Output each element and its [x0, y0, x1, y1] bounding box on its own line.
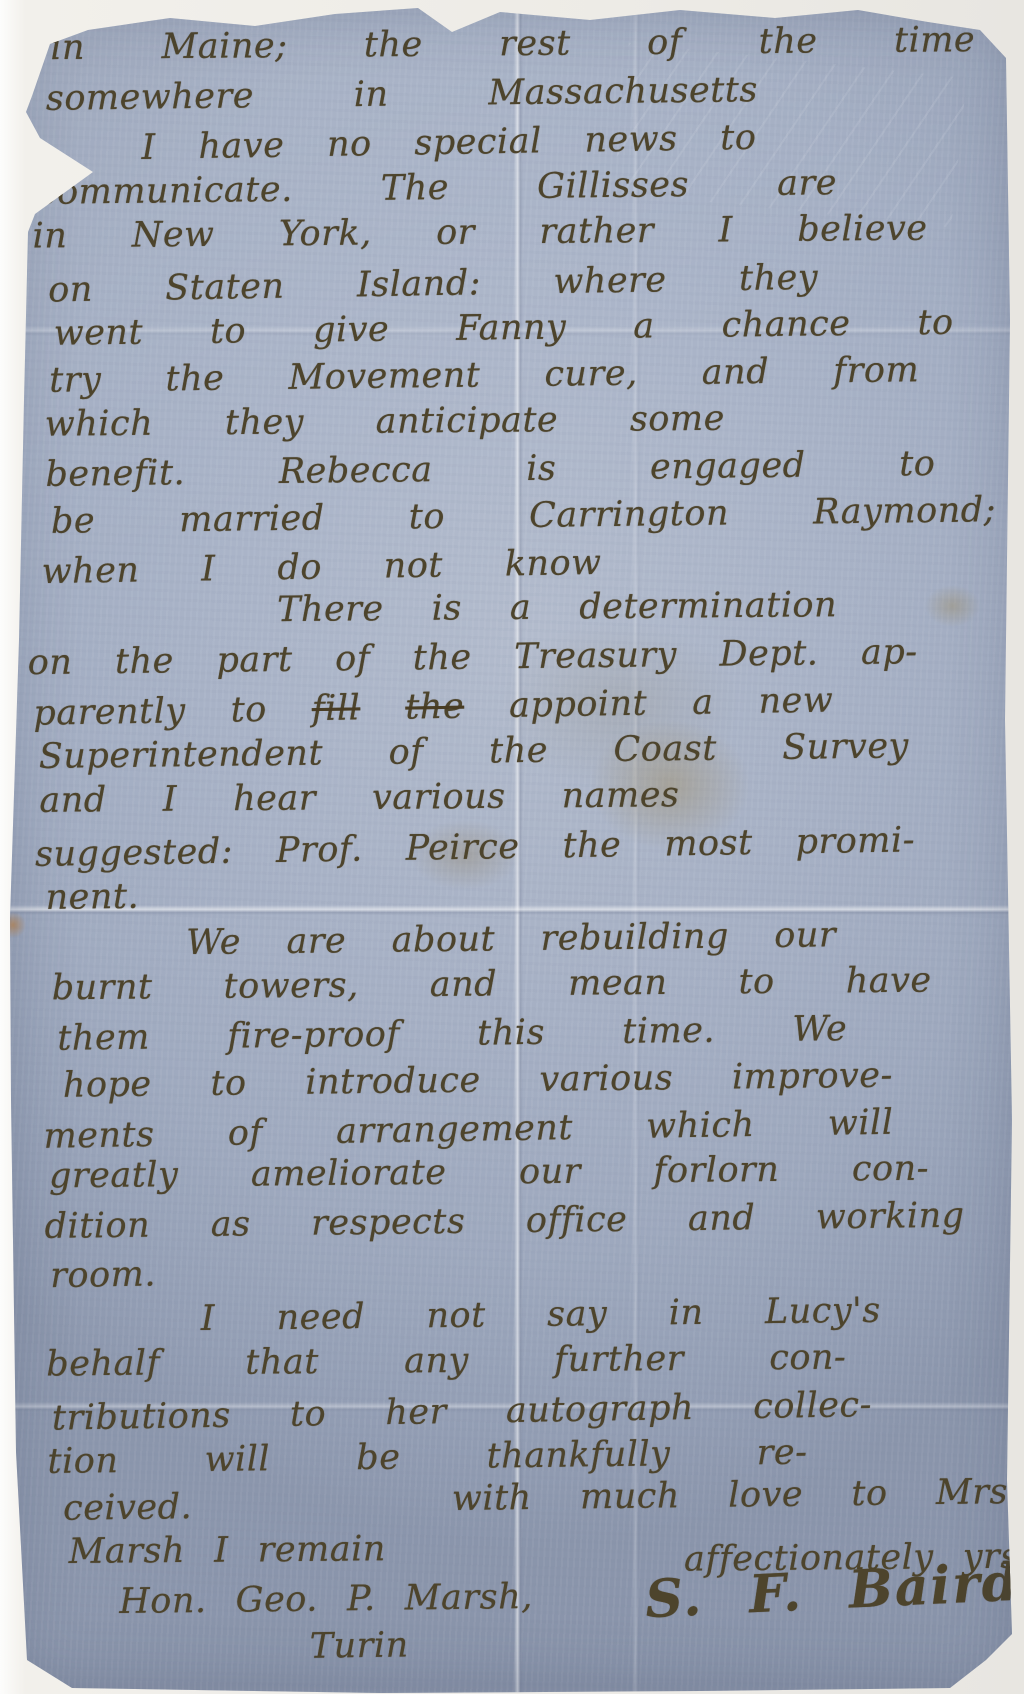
word: improve- [732, 1055, 893, 1097]
handwriting-line: whenIdonotknow [41, 539, 602, 595]
word: our [519, 1151, 581, 1192]
word: and [430, 964, 498, 1005]
handwriting-line: tionwillbethankfullyre- [47, 1429, 808, 1485]
fold-crease-horizontal-top [0, 326, 1024, 336]
word: Gillisses [537, 164, 689, 206]
word: forlorn [653, 1149, 779, 1190]
word: have [846, 960, 932, 1001]
handwriting-line: suggested:Prof.Peircethemostpromi- [35, 816, 916, 878]
handwriting-line: room. [50, 1250, 181, 1299]
word: rather [539, 211, 654, 252]
word: Staten [165, 266, 285, 308]
handwriting-line: onthepartoftheTreasuryDept.ap- [27, 628, 918, 686]
word: dition [44, 1205, 150, 1246]
word: the [562, 825, 621, 866]
word: Massachusetts [488, 70, 758, 113]
word: not [383, 545, 443, 586]
word: chance [721, 304, 850, 346]
handwriting-line: hopetointroducevariousimprove- [63, 1052, 894, 1109]
word: hear [233, 778, 316, 819]
word: to [230, 689, 267, 730]
word: We [186, 922, 241, 963]
word: Dept. [719, 633, 818, 674]
word: Treasury [514, 635, 677, 677]
word: any [404, 1340, 469, 1381]
word: try [49, 360, 102, 401]
word: burnt [52, 967, 153, 1008]
handwriting-line: tributionstoherautographcollec- [52, 1381, 873, 1442]
word: time [894, 20, 976, 61]
handwriting-line: IneednotsayinLucy's [200, 1287, 881, 1342]
text-segment: with much love to Mrs [452, 1472, 1009, 1519]
word: to [720, 117, 757, 158]
word: which [646, 1105, 755, 1147]
word: will [204, 1439, 270, 1480]
text-segment: room. [50, 1254, 156, 1296]
struck-word: the [405, 686, 464, 727]
word: on [48, 269, 93, 310]
text-segment: affectionately yrs [684, 1536, 1019, 1579]
word: benefit. [45, 453, 185, 495]
word: Survey [782, 726, 909, 768]
word: a [510, 587, 532, 627]
word: introduce [305, 1060, 481, 1102]
word: appoint [509, 683, 648, 725]
word: about [391, 919, 495, 960]
word: married [179, 498, 325, 540]
word: as [210, 1204, 250, 1244]
word: Prof. [276, 829, 363, 870]
word: Coast [613, 728, 717, 769]
word: rest [499, 23, 571, 64]
word: are [286, 921, 346, 962]
word: to [290, 1394, 327, 1435]
word: New [132, 214, 215, 255]
word: Peirce [405, 826, 520, 868]
signature: S. F. Baird [644, 1552, 1021, 1631]
handwriting-line: themfire-proofthistime.We [57, 1005, 848, 1062]
word: con- [769, 1337, 846, 1378]
word: is [526, 448, 557, 488]
word: when [41, 550, 139, 592]
word: ments [43, 1114, 155, 1156]
word: of [388, 732, 424, 772]
word: respects [311, 1201, 466, 1243]
paper-sheet: inMaine;therestofthetimesomewhereinMassa… [0, 0, 1024, 1694]
word: in [354, 74, 389, 114]
word: be [356, 1437, 401, 1478]
word: collec- [753, 1385, 872, 1427]
handwriting-line: communicate.TheGillissesare [37, 159, 838, 216]
word: fire-proof [227, 1014, 400, 1056]
word: the [758, 21, 817, 62]
word: ap- [861, 632, 918, 673]
word: various [372, 776, 506, 817]
word: a [633, 306, 655, 346]
word: hope [63, 1064, 152, 1105]
handwriting-line: inMaine;therestofthetime [50, 16, 975, 71]
word: on [27, 642, 72, 683]
word: and [702, 352, 770, 393]
word: engaged [650, 445, 806, 487]
word: tributions [52, 1395, 231, 1438]
word: in [32, 216, 67, 256]
word: to [210, 311, 247, 351]
word: believe [797, 208, 928, 249]
word: anticipate [375, 400, 558, 442]
handwriting-line: greatlyameliorateourforlorncon- [49, 1145, 929, 1200]
word: to [409, 496, 446, 536]
word: determination [579, 585, 837, 627]
word: greatly [49, 1155, 179, 1196]
word: mean [568, 962, 668, 1003]
word: Maine; [161, 26, 287, 67]
handwriting-line: inNewYork,orratherIbelieve [32, 205, 927, 260]
word: I [163, 779, 178, 819]
fold-crease-vertical-faint [632, 0, 641, 1694]
word: con- [852, 1148, 929, 1189]
word: to [899, 443, 936, 483]
word: this [477, 1012, 545, 1053]
fold-crease-horizontal-middle [0, 905, 1024, 915]
handwriting-line: trytheMovementcure,andfrom [49, 346, 920, 404]
word: York, [279, 213, 372, 254]
word: be [51, 501, 96, 542]
word: Movement [288, 355, 480, 397]
word: names [561, 775, 679, 816]
word: some [630, 398, 725, 439]
word: need [276, 1297, 365, 1338]
word: towers, [223, 965, 358, 1006]
word: are [777, 163, 837, 204]
word: them [57, 1017, 150, 1058]
word: the [165, 358, 224, 399]
word: autograph [506, 1387, 695, 1430]
word: and [39, 780, 107, 821]
text-segment: ceived. [63, 1487, 193, 1529]
word: know [504, 542, 601, 584]
word: behalf [46, 1343, 160, 1384]
paper-stain [0, 912, 26, 938]
word: Carrington [529, 493, 729, 535]
handwriting-line: ditionasrespectsofficeandworking [44, 1192, 965, 1250]
word: they [739, 257, 819, 298]
word: where [553, 260, 667, 302]
word: the [489, 730, 548, 771]
handwriting-line: SuperintendentoftheCoastSurvey [39, 722, 910, 780]
word: rebuilding [540, 916, 729, 958]
word: have [198, 125, 285, 166]
fold-crease-vertical [514, 0, 523, 1694]
handwriting-line: benefit.Rebeccaisengagedto [45, 440, 936, 498]
word: a [692, 682, 714, 722]
word: will [828, 1102, 894, 1143]
word: Island: [357, 263, 482, 305]
word: not [426, 1295, 486, 1336]
word: of [647, 22, 682, 62]
word: special [414, 121, 542, 163]
word: or [436, 212, 475, 252]
handwriting-line: onStatenIsland:wherethey [48, 254, 819, 314]
handwriting-line: mentsofarrangementwhichwill [43, 1099, 894, 1160]
word: Raymond; [813, 490, 996, 532]
handwriting-line: behalfthatanyfurthercon- [46, 1334, 846, 1388]
paper-wrinkles [613, 43, 967, 228]
handwriting-line: Weareaboutrebuildingour [186, 911, 837, 966]
text-segment: Marsh I remain [68, 1529, 386, 1572]
word: promi- [795, 820, 915, 862]
word: that [245, 1342, 319, 1383]
word: to [738, 961, 774, 1001]
word: part [216, 639, 293, 680]
word: I [201, 549, 216, 589]
handwriting-line: Marsh I remainaffectionately yrs [68, 1520, 1018, 1575]
word: Superintendent [39, 733, 324, 776]
handwriting-line: Hon. Geo. P. Marsh,S. F. Baird [119, 1567, 1024, 1625]
word: her [385, 1392, 447, 1433]
paper-stain [925, 585, 980, 627]
word: tion [47, 1441, 118, 1482]
word: thankfully [486, 1434, 670, 1476]
handwriting-line: Turin [309, 1620, 510, 1669]
word: they [225, 402, 304, 443]
handwriting-line: wenttogiveFannyachanceto [53, 299, 954, 357]
word: news [584, 119, 678, 161]
word: The [381, 167, 450, 208]
struck-word: fill [311, 688, 360, 729]
handwriting-line: whichtheyanticipatesome [45, 395, 725, 448]
word: suggested: [35, 831, 234, 874]
handwriting-line: Thereisadetermination [277, 581, 837, 633]
handwriting-line: Ihavenospecialnewsto [141, 114, 757, 171]
word: is [432, 588, 463, 628]
handwriting-line: bemarriedtoCarringtonRaymond; [51, 486, 997, 545]
word: from [833, 350, 919, 391]
word: new [758, 680, 833, 721]
word: parently [33, 691, 186, 734]
word: the [413, 637, 472, 678]
word: and [688, 1198, 756, 1239]
word: working [816, 1195, 965, 1237]
word: no [327, 124, 372, 165]
word: I [201, 1298, 216, 1338]
word: most [664, 823, 753, 864]
word: which [45, 403, 154, 444]
word: cure, [544, 353, 638, 394]
word: time. [622, 1010, 715, 1051]
scanned-letter: inMaine;therestofthetimesomewhereinMassa… [0, 0, 1024, 1694]
word: of [227, 1113, 263, 1154]
word: our [774, 915, 836, 956]
word: in [50, 27, 85, 67]
word: re- [756, 1432, 807, 1473]
word: I [141, 127, 156, 167]
text-segment: Hon. Geo. P. Marsh, [119, 1576, 533, 1621]
word: in [668, 1292, 703, 1332]
word: We [792, 1009, 847, 1050]
word: the [115, 641, 174, 682]
word: do [277, 547, 322, 588]
word: There [277, 589, 384, 630]
word: communicate. [37, 169, 293, 212]
handwriting-line: andIhearvariousnames [39, 771, 679, 824]
ink-stain [590, 720, 750, 850]
word: various [539, 1058, 673, 1100]
word: I [718, 210, 733, 250]
handwriting-line: burnttowers,andmeantohave [52, 957, 932, 1012]
word: to [210, 1063, 247, 1103]
word: to [917, 302, 954, 342]
text-segment: Turin [310, 1625, 409, 1666]
word: somewhere [46, 76, 255, 119]
word: Rebecca [279, 450, 433, 492]
word: say [547, 1294, 608, 1335]
word: Fanny [456, 307, 567, 348]
word: went [53, 312, 143, 353]
handwriting-block: inMaine;therestofthetimesomewhereinMassa… [45, 16, 1010, 1672]
word: Lucy's [765, 1290, 881, 1331]
word: ameliorate [251, 1152, 447, 1194]
text-segment: nent. [45, 876, 139, 917]
word: further [554, 1338, 684, 1379]
ink-stain [410, 820, 520, 890]
fold-crease-horizontal-bottom [0, 1402, 1024, 1412]
handwriting-line: somewhereinMassachusetts [46, 66, 759, 122]
word: office [526, 1199, 628, 1240]
word: of [335, 638, 371, 678]
handwriting-line: nent. [45, 872, 166, 920]
word: the [364, 24, 423, 65]
word: give [313, 309, 390, 350]
handwriting-line: ceived.with much love to Mrs [63, 1473, 1009, 1532]
handwriting-line: parentlytofilltheappointanew [33, 677, 834, 737]
paper-discoloration [500, 620, 740, 790]
word: arrangement [336, 1108, 574, 1152]
